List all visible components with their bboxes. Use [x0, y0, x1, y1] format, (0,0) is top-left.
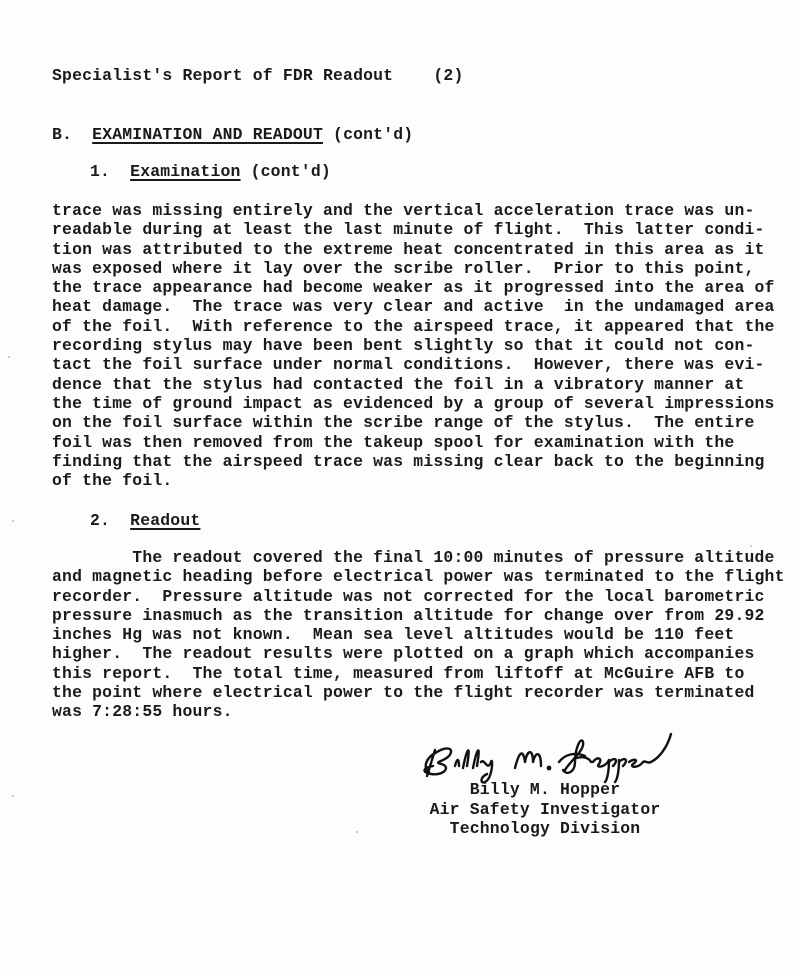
section-b-heading: B. EXAMINATION AND READOUT (cont'd): [52, 125, 413, 144]
text-line: The readout covered the final 10:00 minu…: [52, 548, 785, 567]
subsection-2-heading: 2. Readout: [90, 511, 200, 530]
examination-paragraph: trace was missing entirely and the verti…: [52, 201, 775, 490]
text-line: tion was attributed to the extreme heat …: [52, 240, 775, 259]
text-line: trace was missing entirely and the verti…: [52, 201, 775, 220]
subsection-number: 2.: [90, 511, 110, 530]
readout-paragraph: The readout covered the final 10:00 minu…: [52, 548, 785, 722]
text-line: and magnetic heading before electrical p…: [52, 567, 785, 586]
text-line: heat damage. The trace was very clear an…: [52, 297, 775, 316]
text-line: tact the foil surface under normal condi…: [52, 355, 775, 374]
signer-name: Billy M. Hopper: [470, 780, 621, 799]
text-line: of the foil.: [52, 471, 775, 490]
text-line: recorder. Pressure altitude was not corr…: [52, 587, 785, 606]
scan-speck: [8, 356, 10, 358]
text-line: finding that the airspeed trace was miss…: [52, 452, 775, 471]
subsection-title: Examination: [130, 162, 240, 181]
signer-title: Air Safety Investigator: [430, 800, 661, 819]
subsection-title: Readout: [130, 511, 200, 530]
text-line: the point where electrical power to the …: [52, 683, 785, 702]
text-line: pressure inasmuch as the transition alti…: [52, 606, 785, 625]
section-suffix: (cont'd): [333, 125, 413, 144]
page-number: (2): [433, 66, 463, 85]
section-letter: B.: [52, 125, 72, 144]
document-page: Specialist's Report of FDR Readout (2) B…: [0, 0, 800, 976]
signer-division: Technology Division: [450, 819, 641, 838]
text-line: dence that the stylus had contacted the …: [52, 375, 775, 394]
text-line: the time of ground impact as evidenced b…: [52, 394, 775, 413]
subsection-number: 1.: [90, 162, 110, 181]
subsection-suffix: (cont'd): [251, 162, 331, 181]
text-line: was exposed where it lay over the scribe…: [52, 259, 775, 278]
signer-details: Billy M. Hopper Air Safety Investigator …: [405, 780, 685, 839]
text-line: was 7:28:55 hours.: [52, 702, 785, 721]
section-title: EXAMINATION AND READOUT: [92, 125, 323, 144]
report-title: Specialist's Report of FDR Readout: [52, 66, 393, 85]
scan-speck: [12, 520, 14, 522]
text-line: higher. The readout results were plotted…: [52, 644, 785, 663]
report-header: Specialist's Report of FDR Readout (2): [52, 66, 464, 85]
text-line: of the foil. With reference to the airsp…: [52, 317, 775, 336]
text-line: readable during at least the last minute…: [52, 220, 775, 239]
text-line: inches Hg was not known. Mean sea level …: [52, 625, 785, 644]
scan-speck: [356, 831, 358, 833]
signature-block: Billy M. Hopper Air Safety Investigator …: [405, 728, 705, 848]
handwritten-signature-icon: [415, 728, 685, 784]
subsection-1-heading: 1. Examination (cont'd): [90, 162, 331, 181]
scan-speck: [750, 545, 752, 547]
text-line: the trace appearance had become weaker a…: [52, 278, 775, 297]
text-line: recording stylus may have been bent slig…: [52, 336, 775, 355]
text-line: foil was then removed from the takeup sp…: [52, 433, 775, 452]
scan-speck: [12, 795, 14, 797]
text-line: this report. The total time, measured fr…: [52, 664, 785, 683]
text-line: on the foil surface within the scribe ra…: [52, 413, 775, 432]
